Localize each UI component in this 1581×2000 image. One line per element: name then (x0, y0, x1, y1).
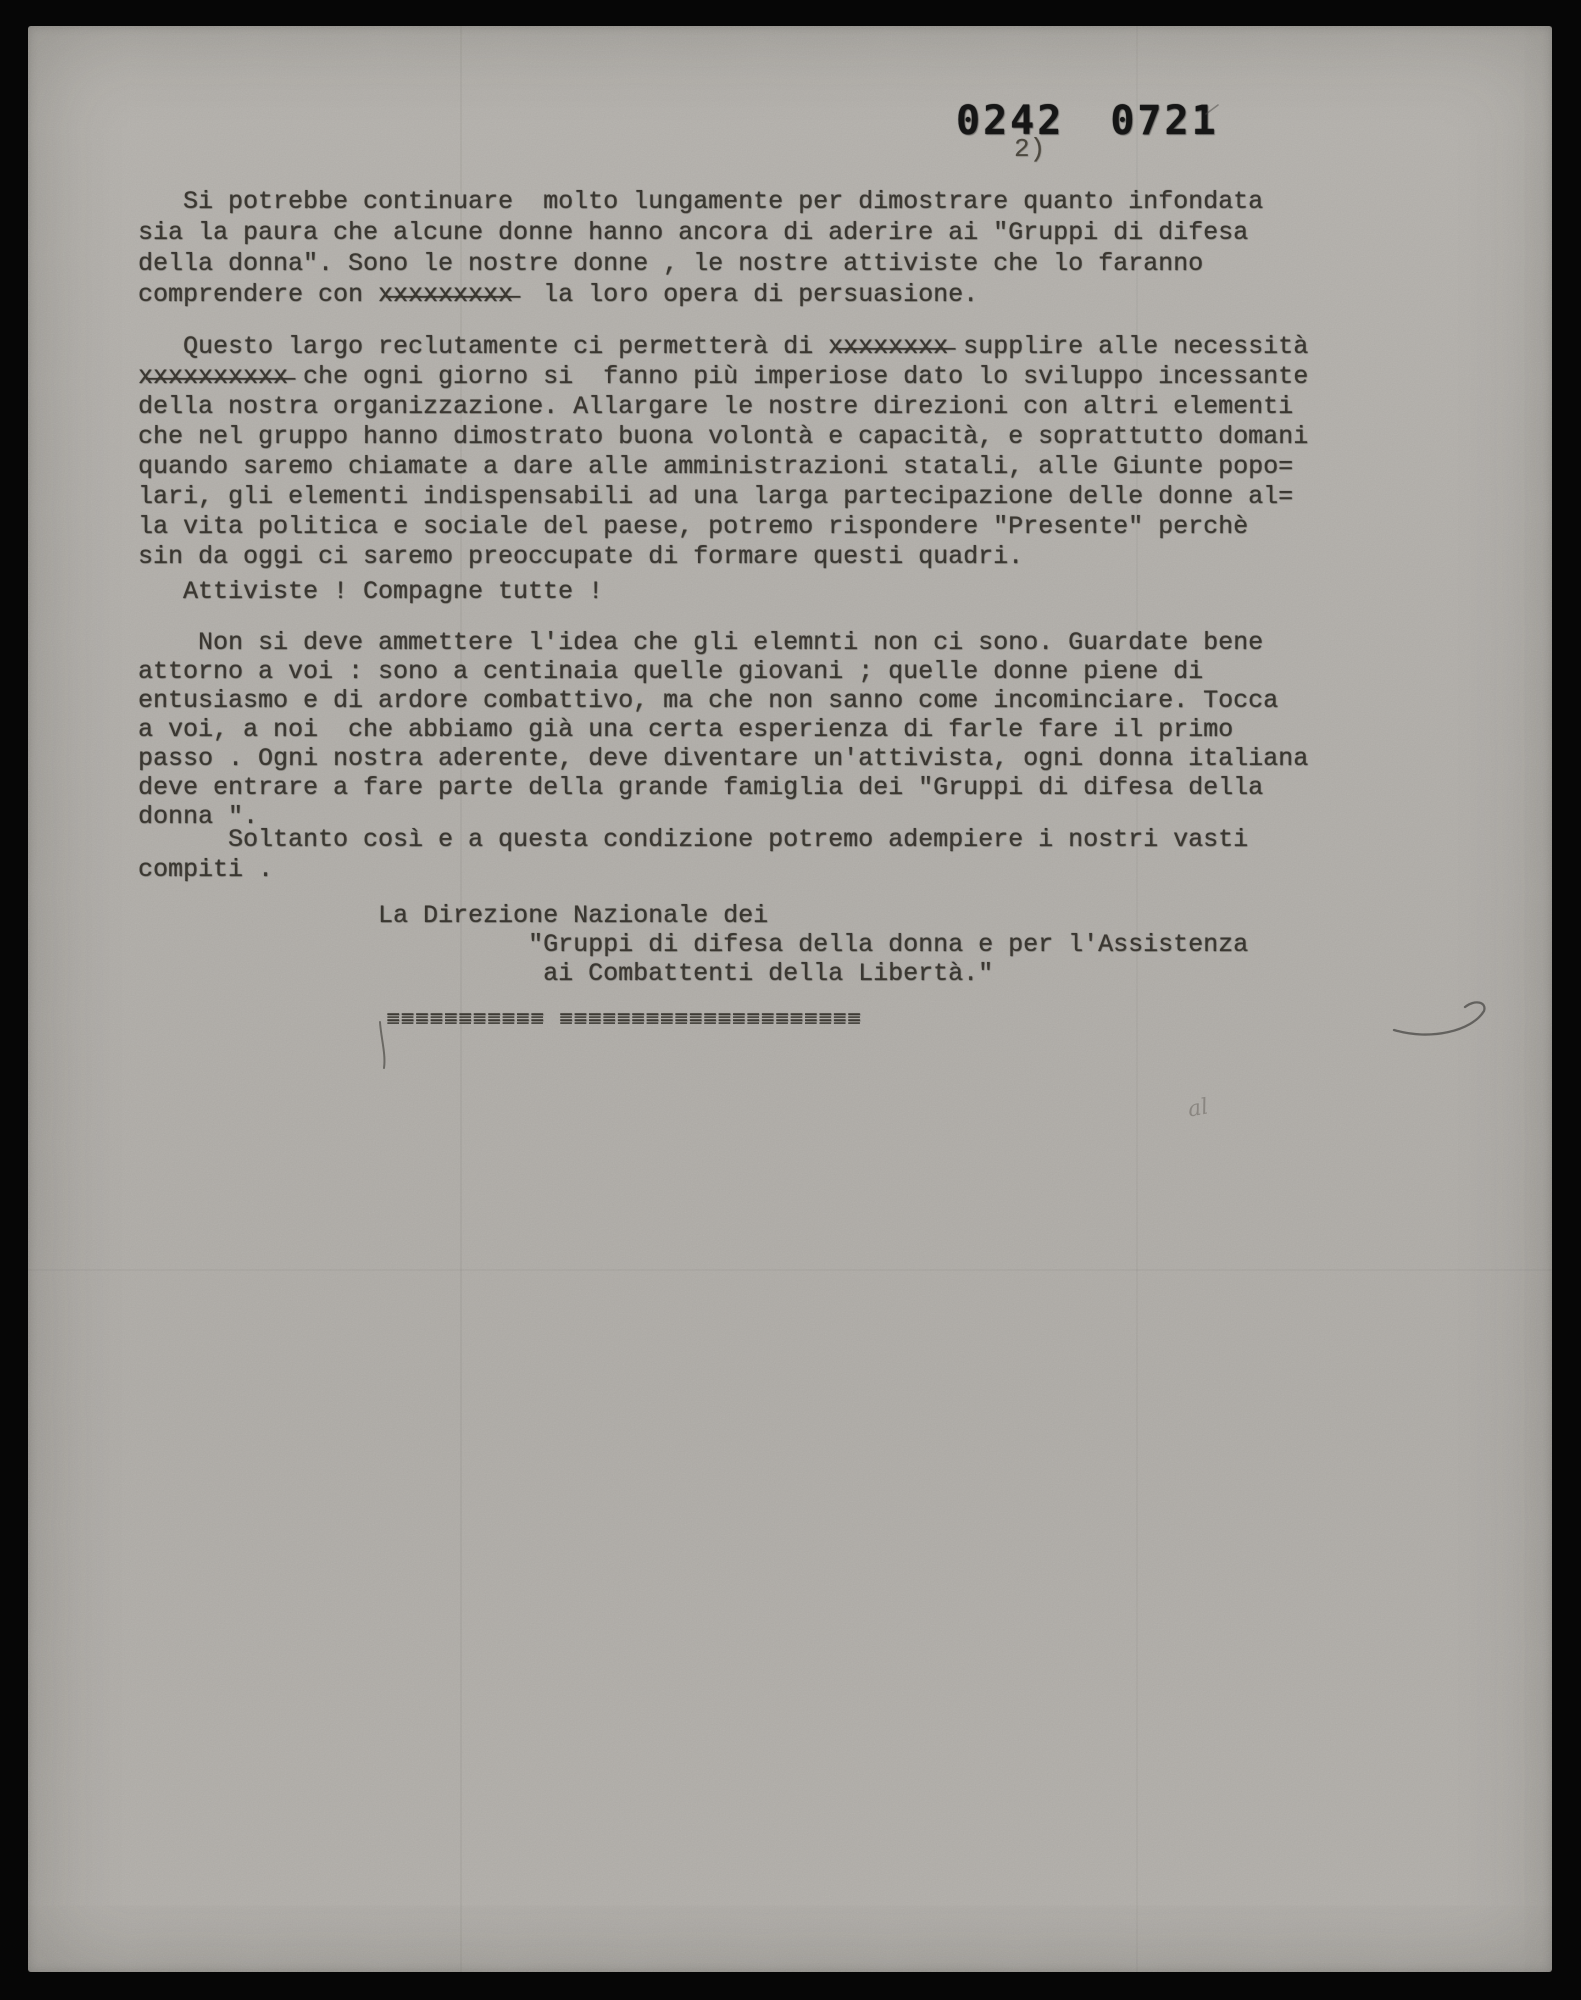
pen-scratch-mark (380, 1022, 384, 1068)
page-number: 2) (1014, 134, 1045, 164)
stamp-number-right: 0721 (1110, 98, 1218, 144)
paragraph-closing: Soltanto così e a questa condizione potr… (138, 825, 1248, 885)
paragraph-intro: Si potrebbe continuare molto lungamente … (138, 186, 1263, 310)
paragraph-recruitment: Questo largo reclutamente ci permetterà … (138, 332, 1308, 572)
stamp-number-left: 0242 (956, 98, 1064, 144)
paper-grain-texture (28, 26, 1552, 1972)
pen-marks-overlay (28, 26, 1552, 1972)
pencil-initials: al (1186, 1094, 1210, 1122)
paragraph-activists: Non si deve ammettere l'idea che gli ele… (138, 628, 1308, 831)
paper-crease-vertical (1136, 26, 1138, 1972)
signature-block: La Direzione Nazionale dei "Gruppi di di… (138, 901, 1248, 988)
typed-divider-line: =========== ===================== (386, 1005, 861, 1035)
paper-crease-vertical (460, 26, 462, 1972)
paper-crease-horizontal (28, 1269, 1552, 1271)
scanned-page: 02420721 2) Si potrebbe continuare molto… (28, 26, 1552, 1972)
salutation-heading: Attiviste ! Compagne tutte ! (183, 577, 603, 607)
pen-hook-mark (1394, 1002, 1484, 1034)
archive-number-stamp: 02420721 (956, 98, 1219, 144)
